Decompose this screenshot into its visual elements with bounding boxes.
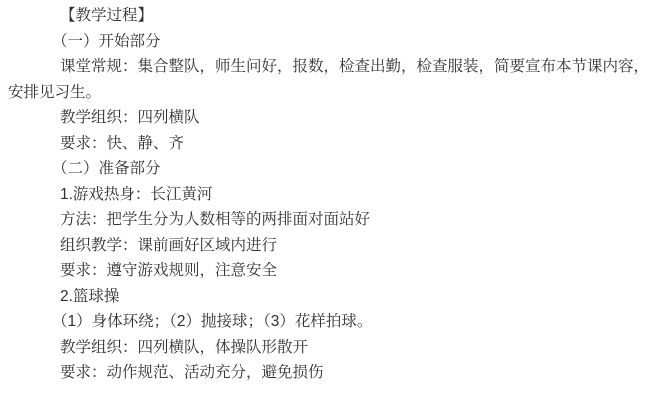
text-line: 教学组织：四列横队	[8, 105, 666, 131]
text-line: 2.篮球操	[8, 284, 666, 310]
text-line: （一）开始部分	[8, 29, 666, 55]
document-body: 【教学过程】（一）开始部分课堂常规：集合整队，师生问好，报数，检查出勤，检查服装…	[0, 0, 672, 393]
text-line: 组织教学：课前画好区域内进行	[8, 233, 666, 259]
page-title: 【教学过程】	[8, 3, 666, 29]
text-line: 课堂常规：集合整队，师生问好，报数，检查出勤，检查服装，简要宣布本节课内容，	[8, 54, 666, 80]
text-line: （1）身体环绕；（2）抛接球；（3）花样拍球。	[8, 309, 666, 335]
text-line: 教学组织：四列横队，体操队形散开	[8, 335, 666, 361]
text-line: 安排见习生。	[8, 80, 666, 106]
text-line: 1.游戏热身：长江黄河	[8, 182, 666, 208]
text-line: 方法：把学生分为人数相等的两排面对面站好	[8, 207, 666, 233]
text-line: 要求：快、静、齐	[8, 131, 666, 157]
text-line: 要求：遵守游戏规则，注意安全	[8, 258, 666, 284]
text-line: 要求：动作规范、活动充分，避免损伤	[8, 360, 666, 386]
text-line: （二）准备部分	[8, 156, 666, 182]
